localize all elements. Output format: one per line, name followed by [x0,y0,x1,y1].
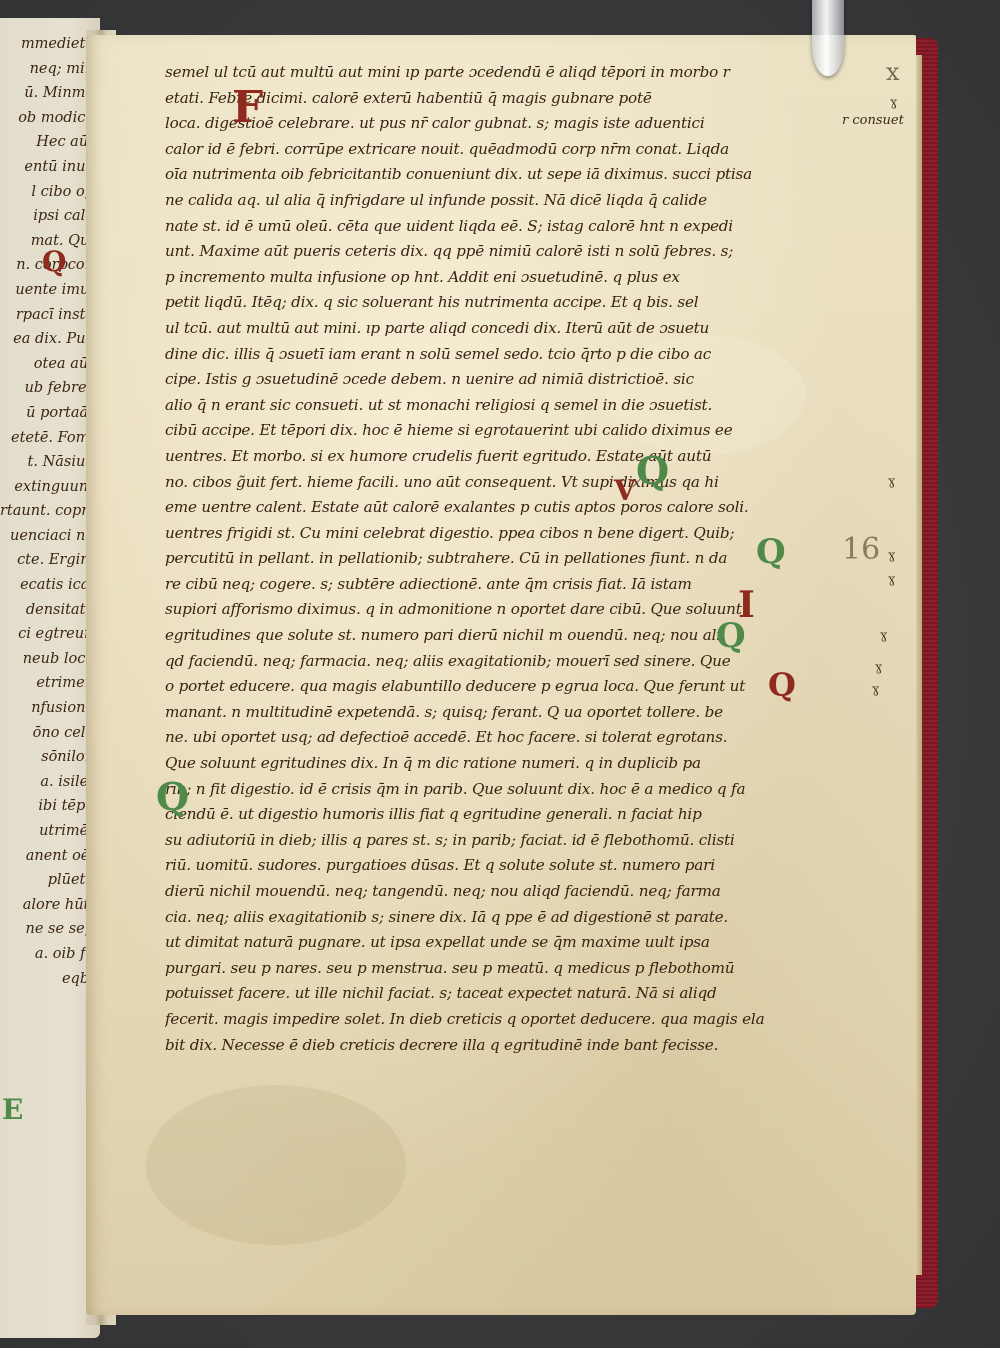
text-line: ne. ubi oportet usq; ad defectioē accedē… [165,725,825,751]
text-line: loca. digestioē celebrare. ut pus nr̄ ca… [165,111,825,137]
left-text-line: neub loca [0,647,94,672]
text-line: eme uentre calent. Estate aūt calorē exa… [165,495,825,521]
text-line: ul tcū. aut multū aut mini. ıp parte ali… [165,316,825,342]
text-line: purgari. seu p nares. seu p menstrua. se… [165,956,825,982]
left-text-line: ci egtreur. [0,622,94,647]
left-text-line: ōno cele [0,721,94,746]
text-line: ciendū ē. ut digestio humoris illis fiat… [165,802,825,828]
text-line: o portet educere. qua magis elabuntillo … [165,674,825,700]
text-line: percutitū in pellant. in pellationib; su… [165,546,825,572]
left-text-line: a. oib fe [0,942,94,967]
left-text-line: ipsi calo [0,204,94,229]
text-line: alio q̄ n erant sic consueti. ut st mona… [165,393,825,419]
left-text-line: rtaunt. copra [0,499,94,524]
text-line: etati. Febre dicimi. calorē exterū haben… [165,86,825,112]
left-text-line: ū. Minme [0,81,94,106]
text-line: riū. uomitū. sudores. purgatioes dūsas. … [165,853,825,879]
initial-Q: Q [156,774,189,819]
left-initial-Q: Q [42,245,66,278]
left-text-line: t. Nāsiua [0,450,94,475]
margin-note: r consuet [842,113,904,128]
text-line: Que soluunt egritudines dix. In q̄ m dic… [165,751,825,777]
text-line: petit liqdū. Itēq; dix. q sic soluerant … [165,290,825,316]
text-line: unt. Maxime aūt pueris ceteris dix. qq p… [165,239,825,265]
left-text-line: ecatis ical [0,573,94,598]
left-text-line: ū portaāt [0,401,94,426]
text-line: rib; n fit digestio. id ē crisis q̄m in … [165,777,825,803]
folio-number: 16 [842,532,880,567]
text-line: no. cibos g̃uit fert. hieme facili. uno … [165,470,825,496]
initial-Q: Q [768,666,796,704]
left-text-line: utrimēt [0,819,94,844]
left-text-line: mmedieta [0,32,94,57]
left-text-line: etetē. Fomi [0,426,94,451]
text-line: bit dix. Necesse ē dieb creticis decrere… [165,1033,825,1059]
text-line: cibū accipe. Et tēpori dix. hoc ē hieme … [165,418,825,444]
text-line: dierū nichil mouendū. neq; tangendū. neq… [165,879,825,905]
text-line: p incremento multa infusione op hnt. Add… [165,265,825,291]
left-text-line: etrimen [0,671,94,696]
initial-F: F [232,82,263,133]
text-line: su adiutoriū in dieb; illis q pares st. … [165,828,825,854]
text-line: nate st. id ē umū oleū. cēta que uident … [165,214,825,240]
left-text-line: ob modica [0,106,94,131]
left-text-line: anent oē. [0,844,94,869]
initial-Q: Q [756,532,786,572]
text-line: dine dic. illis q̄ ɔsuetī iam erant n so… [165,342,825,368]
text-line: re cibū neq; cogere. s; subtēre adiectio… [165,572,825,598]
left-text-line: a. isilet [0,770,94,795]
text-line: uentres frigidi st. Cu mini celebrat dig… [165,521,825,547]
left-text-line: ibi tēpo [0,794,94,819]
left-text-line: uenciaci na [0,524,94,549]
left-text-line: cte. Ergim [0,548,94,573]
initial-Q: Q [716,616,746,656]
text-line: ut dimitat naturā pugnare. ut ipsa expel… [165,930,825,956]
left-text-line: plūeta [0,868,94,893]
left-page-text: mmedietaneq; minū. Minmeob modicaHec aūt… [0,32,100,991]
left-text-line: eqb; [0,967,94,992]
left-text-line: alore hūt. [0,893,94,918]
left-text-line: l cibo op [0,180,94,205]
left-text-line: entū inue [0,155,94,180]
left-text-line: ea dix. Pue [0,327,94,352]
left-facing-page: mmedietaneq; minū. Minmeob modicaHec aūt… [0,18,100,1338]
left-initial-E: E [2,1093,23,1126]
main-text-block: semel ul tcū aut multū aut mini ıp parte… [165,60,825,1058]
text-line: ne calida aq. ul alia q̄ infrigdare ul i… [165,188,825,214]
left-text-line: ne se sep [0,917,94,942]
left-text-line: neq; min [0,57,94,82]
text-line: fecerit. magis impedire solet. In dieb c… [165,1007,825,1033]
corner-mark: x [886,58,900,86]
left-text-line: rpacī insta [0,303,94,328]
left-text-line: uente imul [0,278,94,303]
text-line: manant. n multitudinē expetendā. s; quis… [165,700,825,726]
left-text-line: densitate [0,598,94,623]
text-line: semel ul tcū aut multū aut mini ıp parte… [165,60,825,86]
left-text-line: extinguunt [0,475,94,500]
left-text-line: nfusionē [0,696,94,721]
text-line: cipe. Istis g ɔsuetudinē ɔcede debem. n … [165,367,825,393]
initial-Q: Q [636,448,669,493]
text-line: cia. neq; aliis exagitationib s; sinere … [165,905,825,931]
text-line: calor id ē febri. corrūpe extricare noui… [165,137,825,163]
text-line: oīa nutrimenta oib febricitantib conueni… [165,162,825,188]
left-text-line: Hec aūt [0,130,94,155]
text-line: uentres. Et morbo. si ex humore crudelis… [165,444,825,470]
text-line: potuisset facere. ut ille nichil faciat.… [165,981,825,1007]
left-text-line: otea aūt [0,352,94,377]
left-text-line: sōnilon [0,745,94,770]
left-text-line: ub febres [0,376,94,401]
initial-V: V [614,474,636,507]
